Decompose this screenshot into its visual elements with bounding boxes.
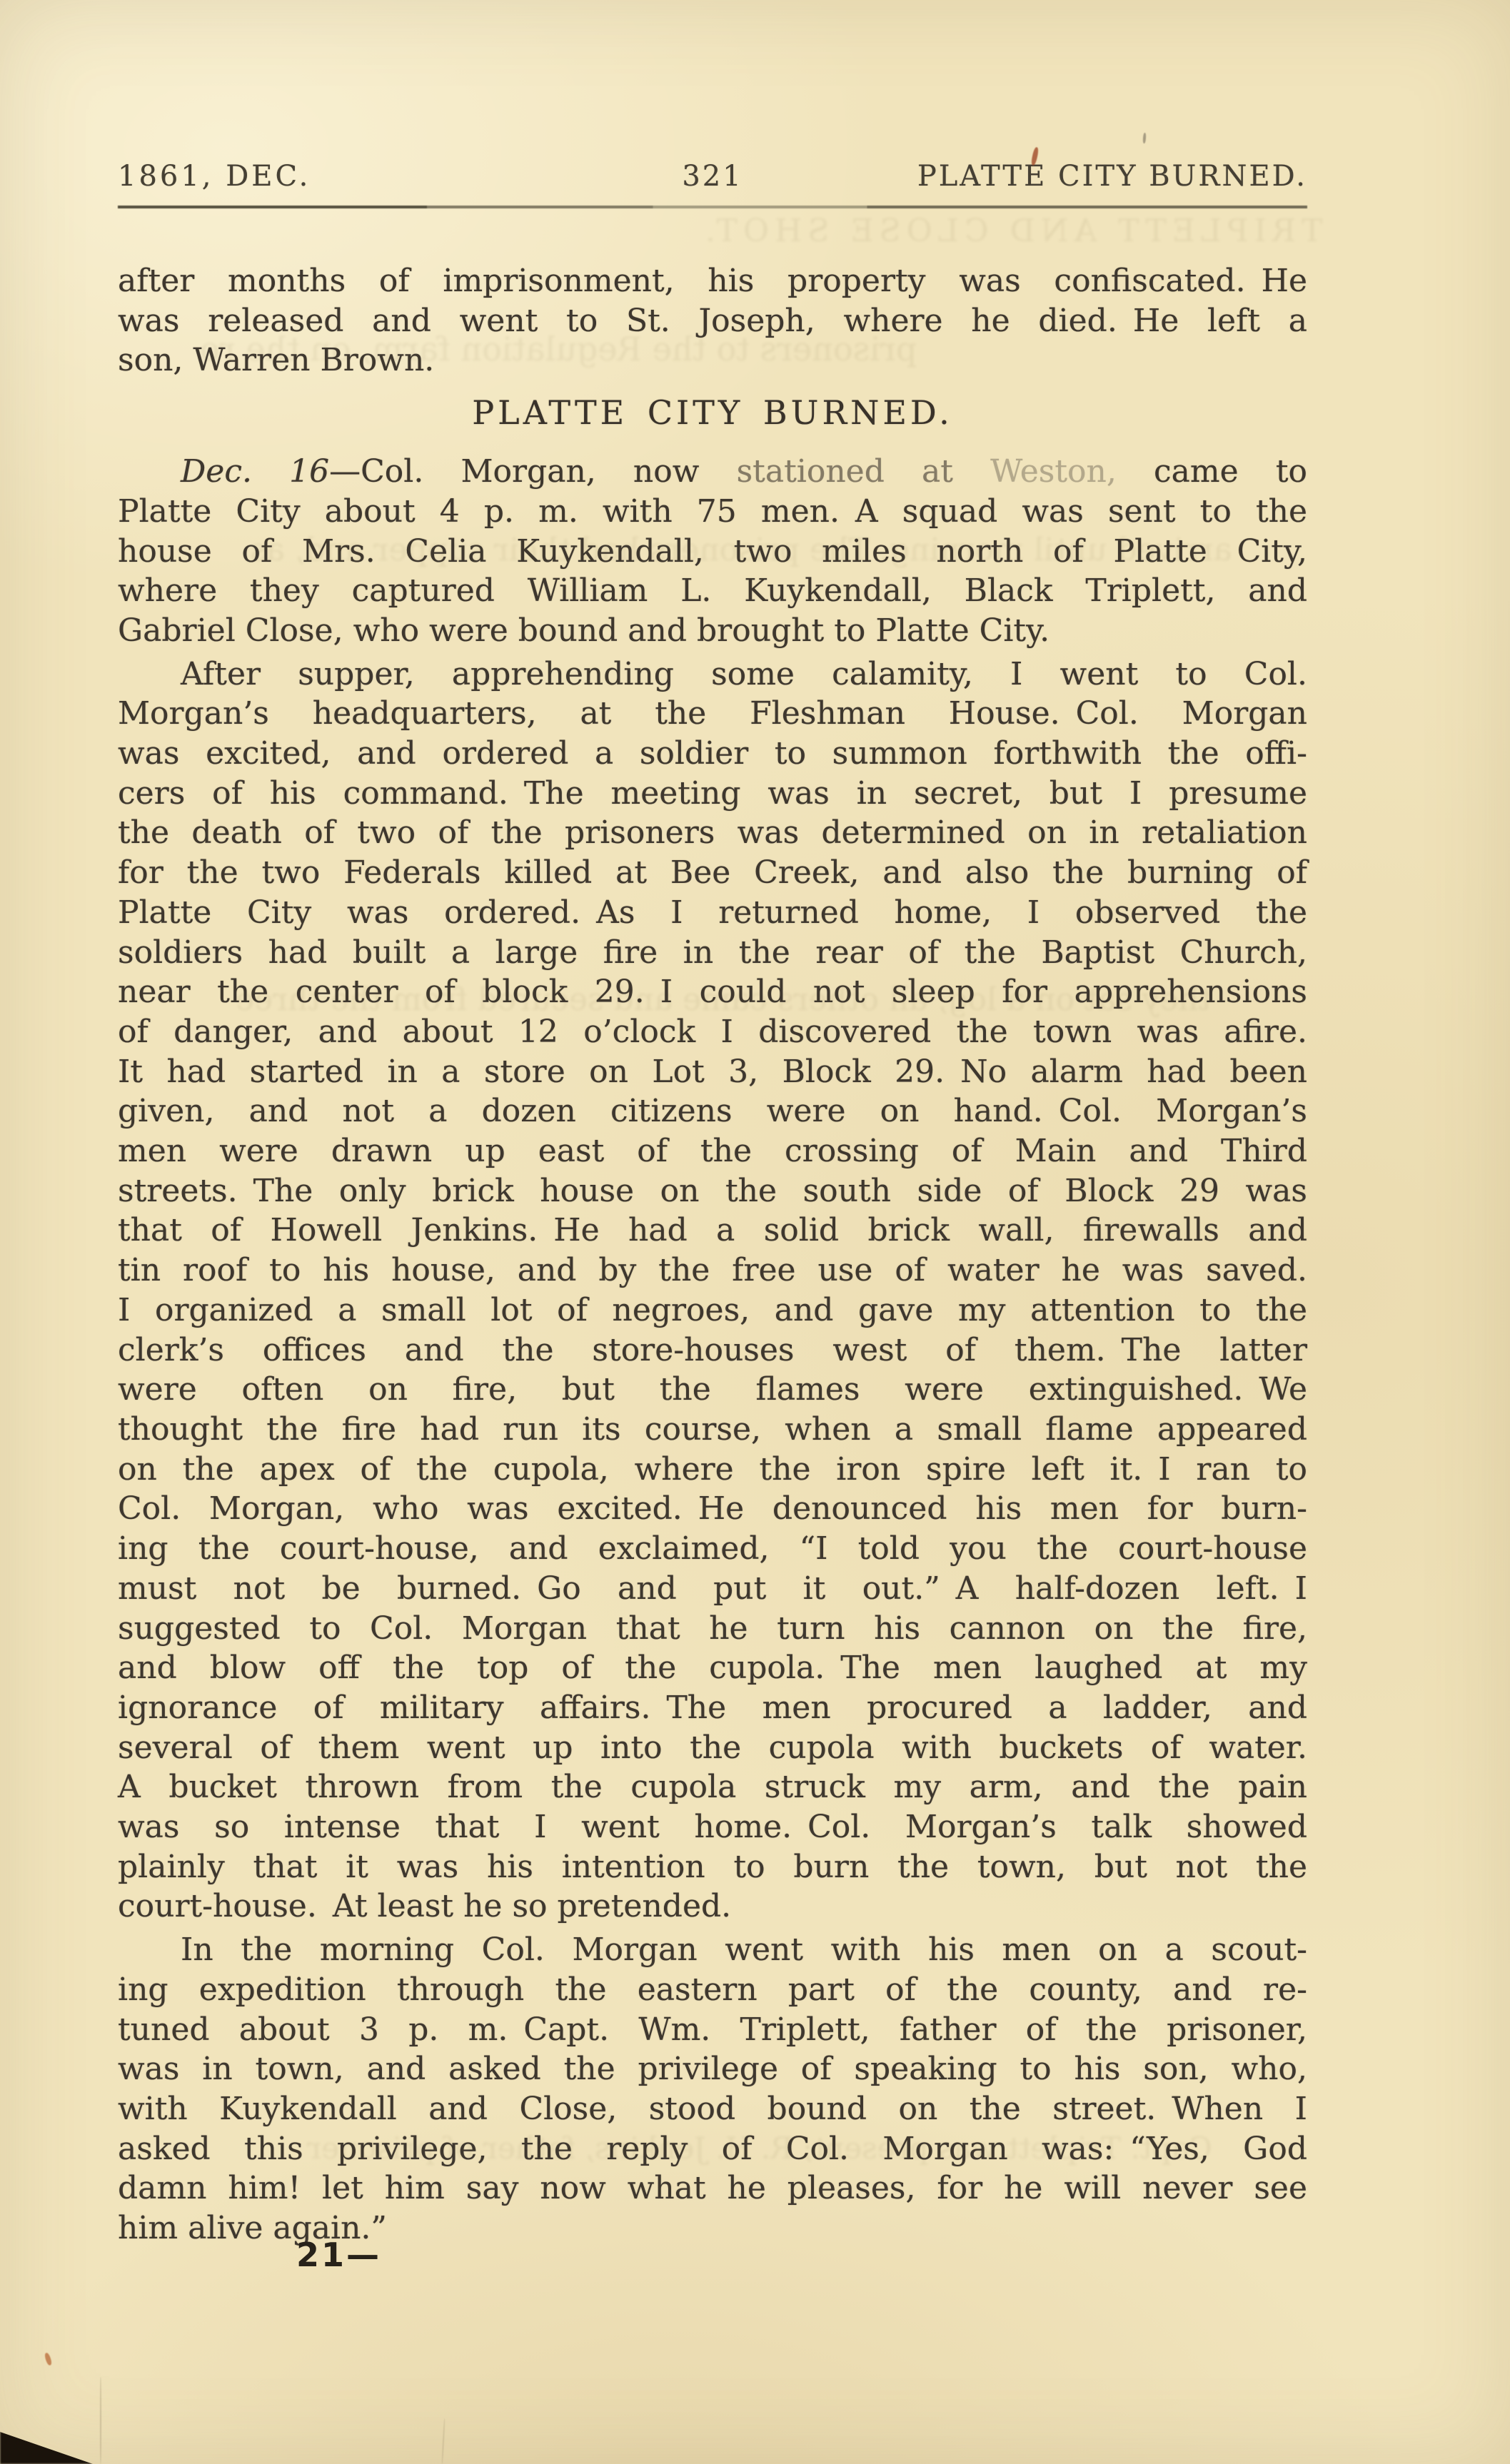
text-line: suggested to Col. Morgan that he turn hi… (118, 1609, 1307, 1649)
text-line: son, Warren Brown. (118, 340, 1307, 380)
text-line: and blow off the top of the cupola. The … (118, 1648, 1307, 1688)
text-line: that of Howell Jenkins. He had a solid b… (118, 1211, 1307, 1251)
text-line: several of them went up into the cupola … (118, 1728, 1307, 1768)
signature-mark: 21— (296, 2236, 381, 2274)
text-line: After supper, apprehending some calamity… (118, 655, 1307, 695)
text-line: on the apex of the cupola, where the iro… (118, 1450, 1307, 1490)
text-line: must not be burned. Go and put it out.” … (118, 1569, 1307, 1609)
text-line: Platte City about 4 p. m. with 75 men. A… (118, 492, 1307, 532)
text-line: where they captured William L. Kuykendal… (118, 571, 1307, 611)
text-line: Gabriel Close, who were bound and brough… (118, 611, 1307, 651)
text-line: men were drawn up east of the crossing o… (118, 1131, 1307, 1171)
page-number: 321 (682, 160, 743, 193)
ink-speck (100, 2377, 101, 2464)
text-segment: stationed at (737, 453, 953, 490)
text-line: In the morning Col. Morgan went with his… (118, 1930, 1307, 1970)
text-line: for the two Federals killed at Bee Creek… (118, 853, 1307, 893)
text-line: streets. The only brick house on the sou… (118, 1171, 1307, 1211)
text-line: ing the court-house, and exclaimed, “I t… (118, 1529, 1307, 1569)
text-segment: Dec. 16 (181, 453, 329, 490)
text-segment (953, 453, 990, 490)
text-line: It had started in a store on Lot 3, Bloc… (118, 1052, 1307, 1092)
text-line: asked this privilege, the reply of Col. … (118, 2129, 1307, 2169)
text-line: plainly that it was his intention to bur… (118, 1847, 1307, 1887)
text-line: were often on fire, but the flames were … (118, 1370, 1307, 1410)
text-line: with Kuykendall and Close, stood bound o… (118, 2089, 1307, 2129)
text-line: of danger, and about 12 o’clock I discov… (118, 1012, 1307, 1052)
text-line: thought the fire had run its course, whe… (118, 1410, 1307, 1450)
text-line: clerk’s offices and the store-houses wes… (118, 1331, 1307, 1370)
text-line: ing expedition through the eastern part … (118, 1970, 1307, 2010)
ghost-text: TRIPLETT AND CLOSE SHOT. (700, 213, 1323, 249)
header-rule (118, 206, 1307, 208)
text-line: house of Mrs. Celia Kuykendall, two mile… (118, 532, 1307, 572)
text-line: soldiers had built a large fire in the r… (118, 933, 1307, 973)
text-segment: Weston, (990, 453, 1117, 490)
text-segment: —Col. Morgan, now (329, 453, 736, 490)
text-segment: came to (1117, 453, 1307, 490)
text-line: ignorance of military affairs. The men p… (118, 1688, 1307, 1728)
paragraph: Dec. 16—Col. Morgan, now stationed at We… (118, 452, 1307, 651)
paragraph: after months of imprisonment, his proper… (118, 261, 1307, 380)
text-line: given, and not a dozen citizens were on … (118, 1091, 1307, 1131)
text-line: was excited, and ordered a soldier to su… (118, 734, 1307, 774)
text-line: Col. Morgan, who was excited. He denounc… (118, 1489, 1307, 1529)
text-line: Platte City was ordered. As I returned h… (118, 893, 1307, 933)
book-page: TRIPLETT AND CLOSE SHOT.prisoners to the… (0, 0, 1510, 2464)
page-body: after months of imprisonment, his proper… (118, 261, 1307, 2248)
text-line: was so intense that I went home. Col. Mo… (118, 1807, 1307, 1847)
text-line: A bucket thrown from the cupola struck m… (118, 1767, 1307, 1807)
text-line: I organized a small lot of negroes, and … (118, 1291, 1307, 1331)
text-line: was released and went to St. Joseph, whe… (118, 301, 1307, 341)
paragraph: In the morning Col. Morgan went with his… (118, 1930, 1307, 2248)
text-line: tin roof to his house, and by the free u… (118, 1251, 1307, 1291)
text-line: court-house. At least he so pretended. (118, 1887, 1307, 1927)
text-line: the death of two of the prisoners was de… (118, 813, 1307, 853)
text-line: Dec. 16—Col. Morgan, now stationed at We… (118, 452, 1307, 492)
text-line: damn him! let him say now what he please… (118, 2168, 1307, 2208)
text-line: was in town, and asked the privilege of … (118, 2049, 1307, 2089)
text-line: cers of his command. The meeting was in … (118, 774, 1307, 814)
text-line: after months of imprisonment, his proper… (118, 261, 1307, 301)
header-title: PLATTE CITY BURNED. (743, 160, 1307, 193)
running-header: 1861, DEC. 321 PLATTE CITY BURNED. (118, 160, 1307, 193)
text-line: Morgan’s headquarters, at the Fleshman H… (118, 694, 1307, 734)
paragraph: After supper, apprehending some calamity… (118, 655, 1307, 1927)
header-date: 1861, DEC. (118, 160, 682, 193)
text-line: near the center of block 29. I could not… (118, 972, 1307, 1012)
section-heading: PLATTE CITY BURNED. (118, 392, 1307, 433)
text-line: tuned about 3 p. m. Capt. Wm. Triplett, … (118, 2010, 1307, 2050)
